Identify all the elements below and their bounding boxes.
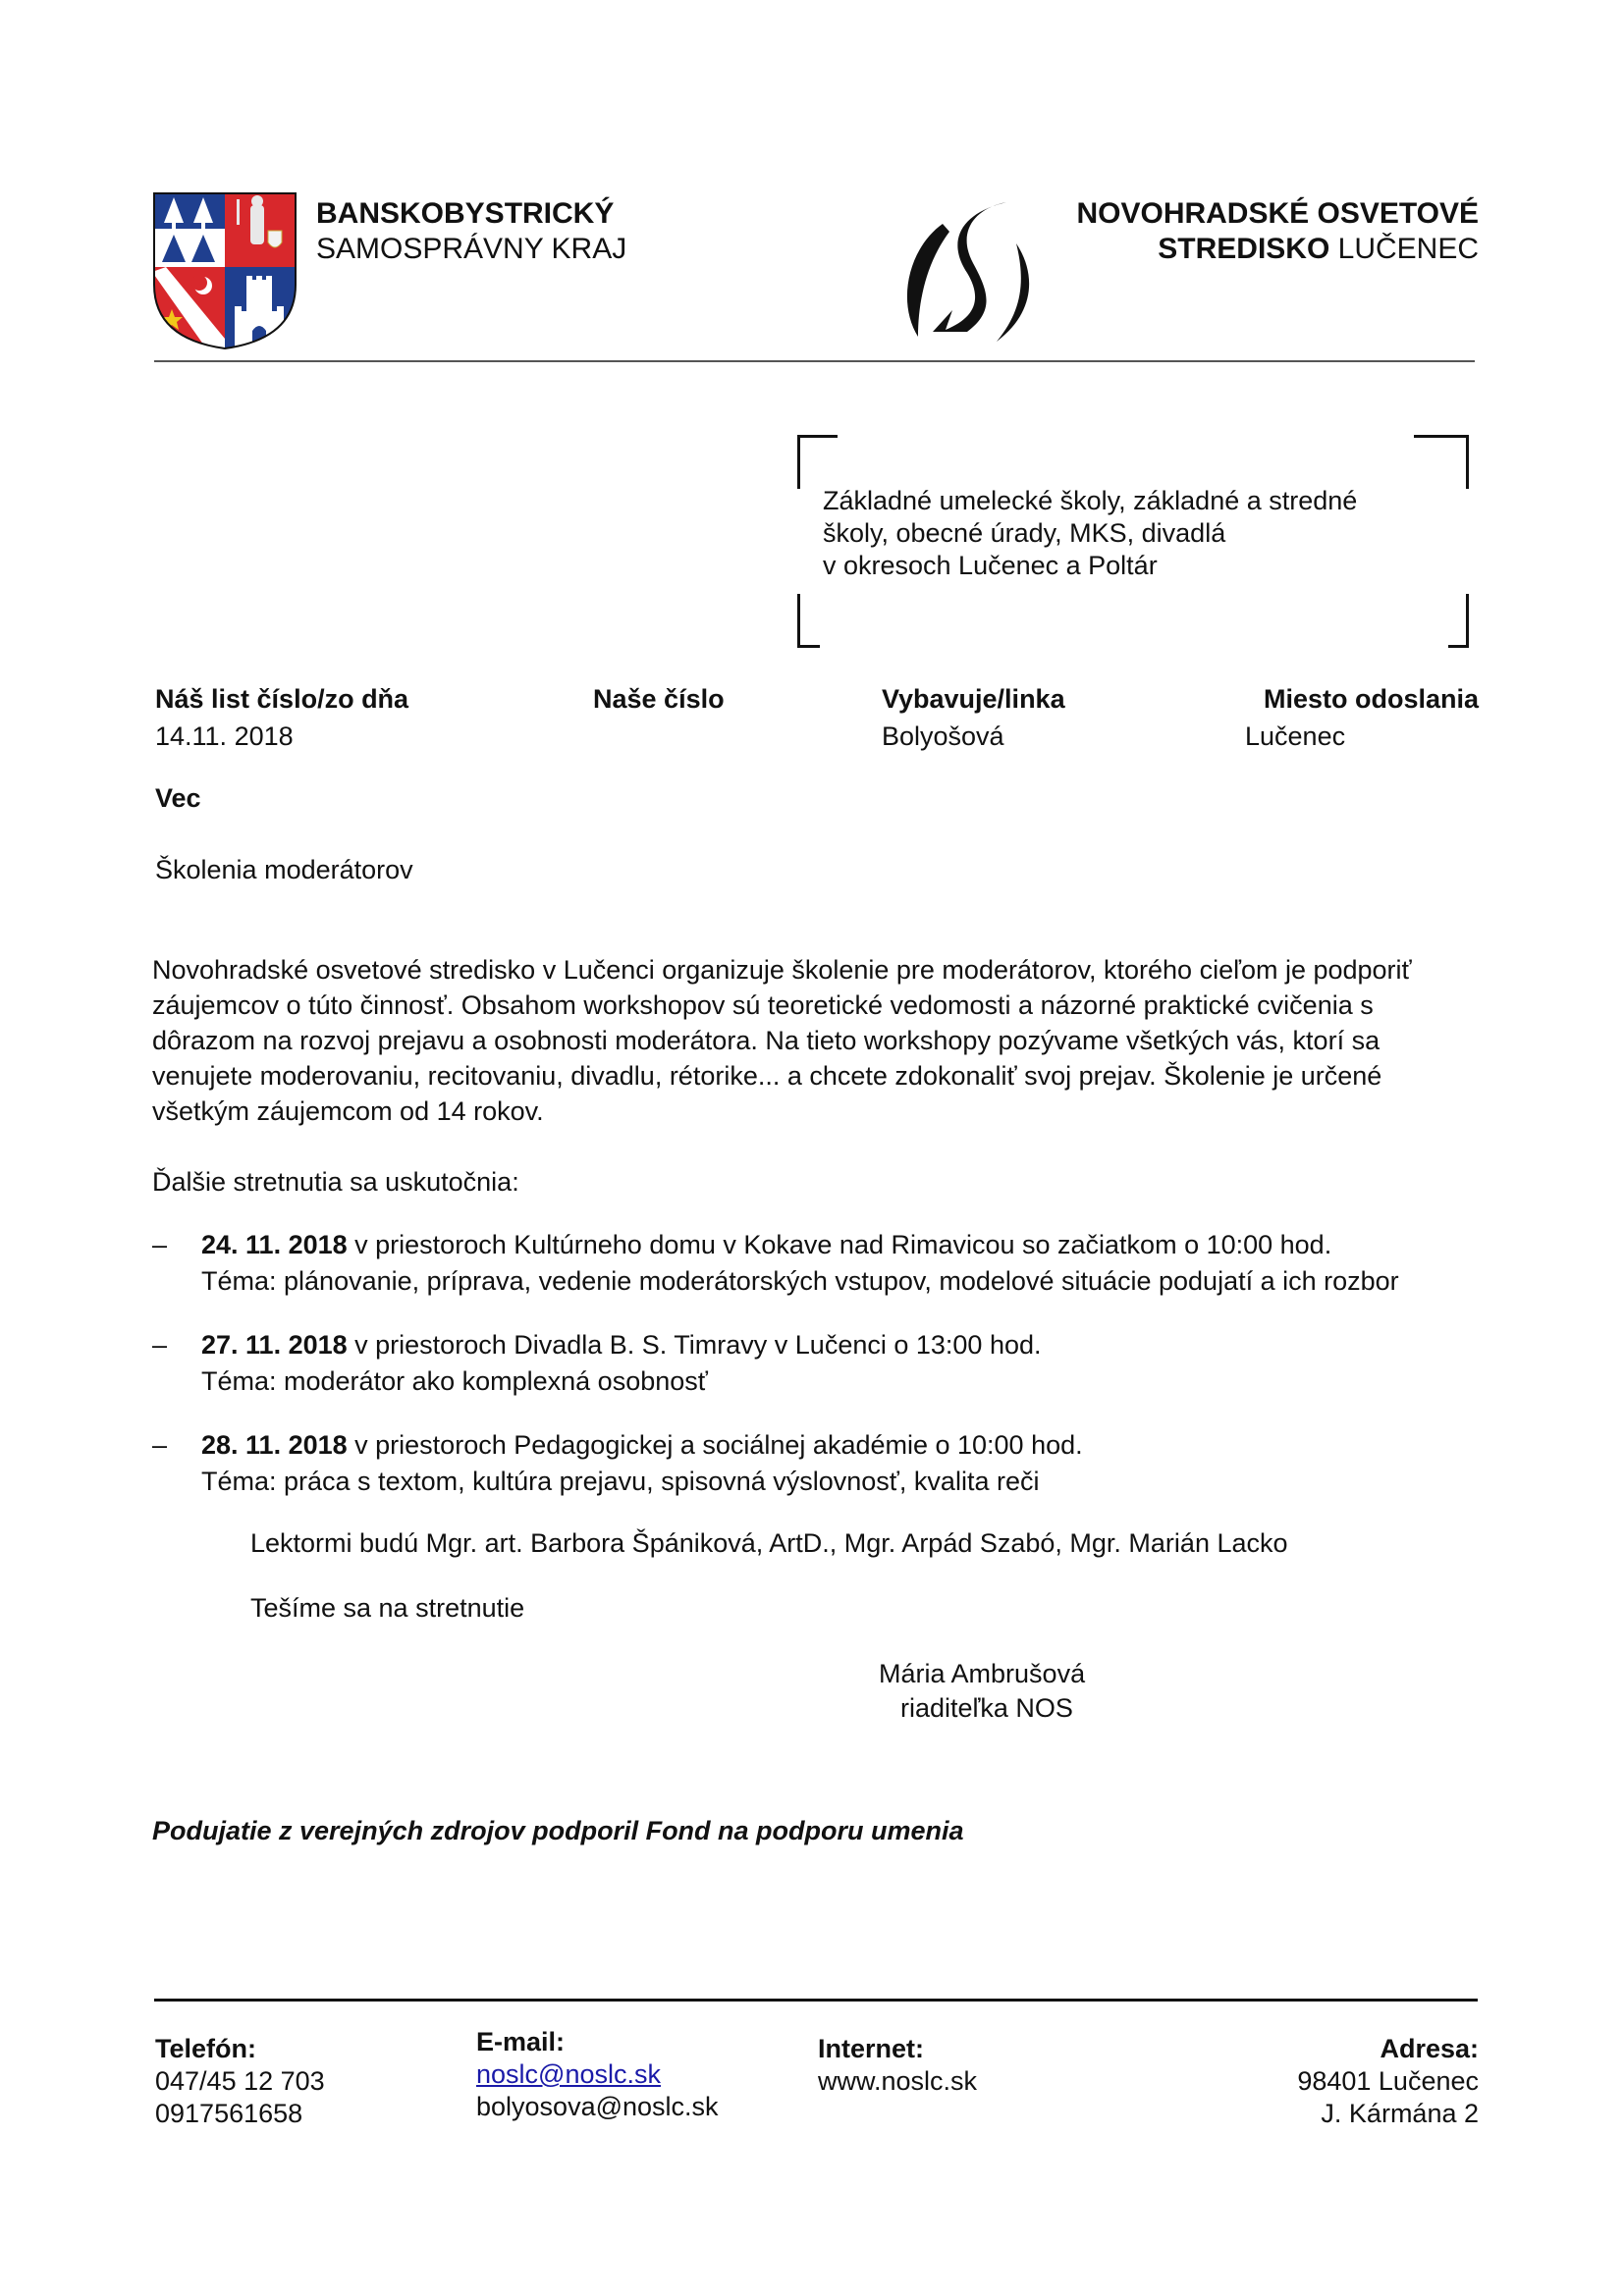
body-paragraph: Novohradské osvetové stredisko v Lučenci… — [152, 952, 1488, 1129]
ref-value-handled-by: Bolyošová — [882, 721, 1004, 752]
meeting-date: 27. 11. 2018 — [201, 1330, 348, 1360]
body-line: všetkým záujemcom od 14 rokov. — [152, 1094, 1488, 1129]
signature-name: Mária Ambrušová — [879, 1656, 1085, 1691]
recipient-address: Základné umelecké školy, základné a stre… — [823, 485, 1357, 582]
organization-name-line2: STREDISKO LUČENEC — [1076, 232, 1479, 267]
ref-value-place: Lučenec — [1245, 721, 1345, 752]
footer-email: E-mail: noslc@noslc.sk bolyosova@noslc.s… — [476, 2026, 719, 2123]
footer-address: Adresa: 98401 Lučenec J. Kármána 2 — [1297, 2033, 1479, 2130]
subject-text: Školenia moderátorov — [155, 852, 413, 887]
address-line: J. Kármána 2 — [1297, 2098, 1479, 2130]
bullet-dash: – — [152, 1327, 191, 1363]
address-line: 98401 Lučenec — [1297, 2065, 1479, 2098]
nos-logo — [889, 194, 1056, 344]
address-label: Adresa: — [1297, 2033, 1479, 2065]
meeting-topic: Téma: plánovanie, príprava, vedenie mode… — [201, 1263, 1399, 1300]
meeting-place: v priestoroch Kultúrneho domu v Kokave n… — [348, 1230, 1332, 1259]
body-line: záujemcov o túto činnosť. Obsahom worksh… — [152, 988, 1488, 1023]
region-name: BANSKOBYSTRICKÝ SAMOSPRÁVNY KRAJ — [316, 196, 626, 267]
address-bracket-top-left — [797, 435, 838, 489]
support-note: Podujatie z verejných zdrojov podporil F… — [152, 1813, 964, 1848]
ref-header-handled-by: Vybavuje/linka — [882, 684, 1065, 715]
bullet-dash: – — [152, 1227, 191, 1263]
body-line: dôrazom na rozvoj prejavu a osobnosti mo… — [152, 1023, 1488, 1058]
closing-line: Tešíme sa na stretnutie — [250, 1590, 524, 1626]
website: www.noslc.sk — [818, 2065, 977, 2098]
coat-of-arms-logo — [152, 191, 298, 350]
phone-label: Telefón: — [155, 2033, 325, 2065]
meeting-topic: Téma: práca s textom, kultúra prejavu, s… — [201, 1464, 1083, 1500]
address-bracket-bottom-left — [797, 594, 820, 648]
internet-label: Internet: — [818, 2033, 977, 2065]
meeting-date: 28. 11. 2018 — [201, 1430, 348, 1460]
recipient-line: v okresoch Lučenec a Poltár — [823, 550, 1357, 582]
phone-number: 0917561658 — [155, 2098, 325, 2130]
footer-phone: Telefón: 047/45 12 703 0917561658 — [155, 2033, 325, 2130]
address-bracket-top-right — [1414, 435, 1469, 489]
organization-name-line1: NOVOHRADSKÉ OSVETOVÉ — [1076, 196, 1479, 232]
bullet-dash: – — [152, 1427, 191, 1464]
header-divider — [154, 360, 1475, 362]
meeting-item: – 24. 11. 2018 v priestoroch Kultúrneho … — [152, 1227, 1350, 1300]
meeting-item: – 27. 11. 2018 v priestoroch Divadla B. … — [152, 1327, 993, 1400]
email-label: E-mail: — [476, 2026, 719, 2058]
meeting-place: v priestoroch Pedagogickej a sociálnej a… — [348, 1430, 1083, 1460]
organization-name-line2-bold: STREDISKO — [1158, 233, 1329, 265]
ref-value-date: 14.11. 2018 — [155, 721, 294, 752]
recipient-line: školy, obecné úrady, MKS, divadlá — [823, 517, 1357, 550]
ref-header-place: Miesto odoslania — [1264, 684, 1479, 715]
signature-title: riaditeľka NOS — [900, 1690, 1073, 1726]
email-secondary: bolyosova@noslc.sk — [476, 2091, 719, 2123]
meeting-topic: Téma: moderátor ako komplexná osobnosť — [201, 1363, 1042, 1400]
next-meetings-intro: Ďalšie stretnutia sa uskutočnia: — [152, 1164, 519, 1200]
body-line: venujete moderovaniu, recitovaniu, divad… — [152, 1058, 1488, 1094]
lecturers: Lektormi budú Mgr. art. Barbora Špánikov… — [250, 1525, 1288, 1561]
subject-label: Vec — [155, 780, 201, 816]
organization-name: NOVOHRADSKÉ OSVETOVÉ STREDISKO LUČENEC — [1076, 196, 1479, 267]
phone-number: 047/45 12 703 — [155, 2065, 325, 2098]
meeting-item: – 28. 11. 2018 v priestoroch Pedagogicke… — [152, 1427, 1034, 1500]
footer-divider — [154, 1999, 1478, 2002]
ref-header-our-number: Naše číslo — [593, 684, 725, 715]
region-name-line2: SAMOSPRÁVNY KRAJ — [316, 232, 626, 267]
recipient-line: Základné umelecké školy, základné a stre… — [823, 485, 1357, 517]
ref-header-our-letter: Náš list číslo/zo dňa — [155, 684, 408, 715]
region-name-line1: BANSKOBYSTRICKÝ — [316, 196, 626, 232]
address-bracket-bottom-right — [1448, 594, 1469, 648]
email-link[interactable]: noslc@noslc.sk — [476, 2059, 661, 2089]
footer-internet: Internet: www.noslc.sk — [818, 2033, 977, 2098]
meeting-date: 24. 11. 2018 — [201, 1230, 348, 1259]
body-line: Novohradské osvetové stredisko v Lučenci… — [152, 952, 1488, 988]
organization-name-line2-regular: LUČENEC — [1329, 233, 1479, 265]
meeting-place: v priestoroch Divadla B. S. Timravy v Lu… — [348, 1330, 1042, 1360]
